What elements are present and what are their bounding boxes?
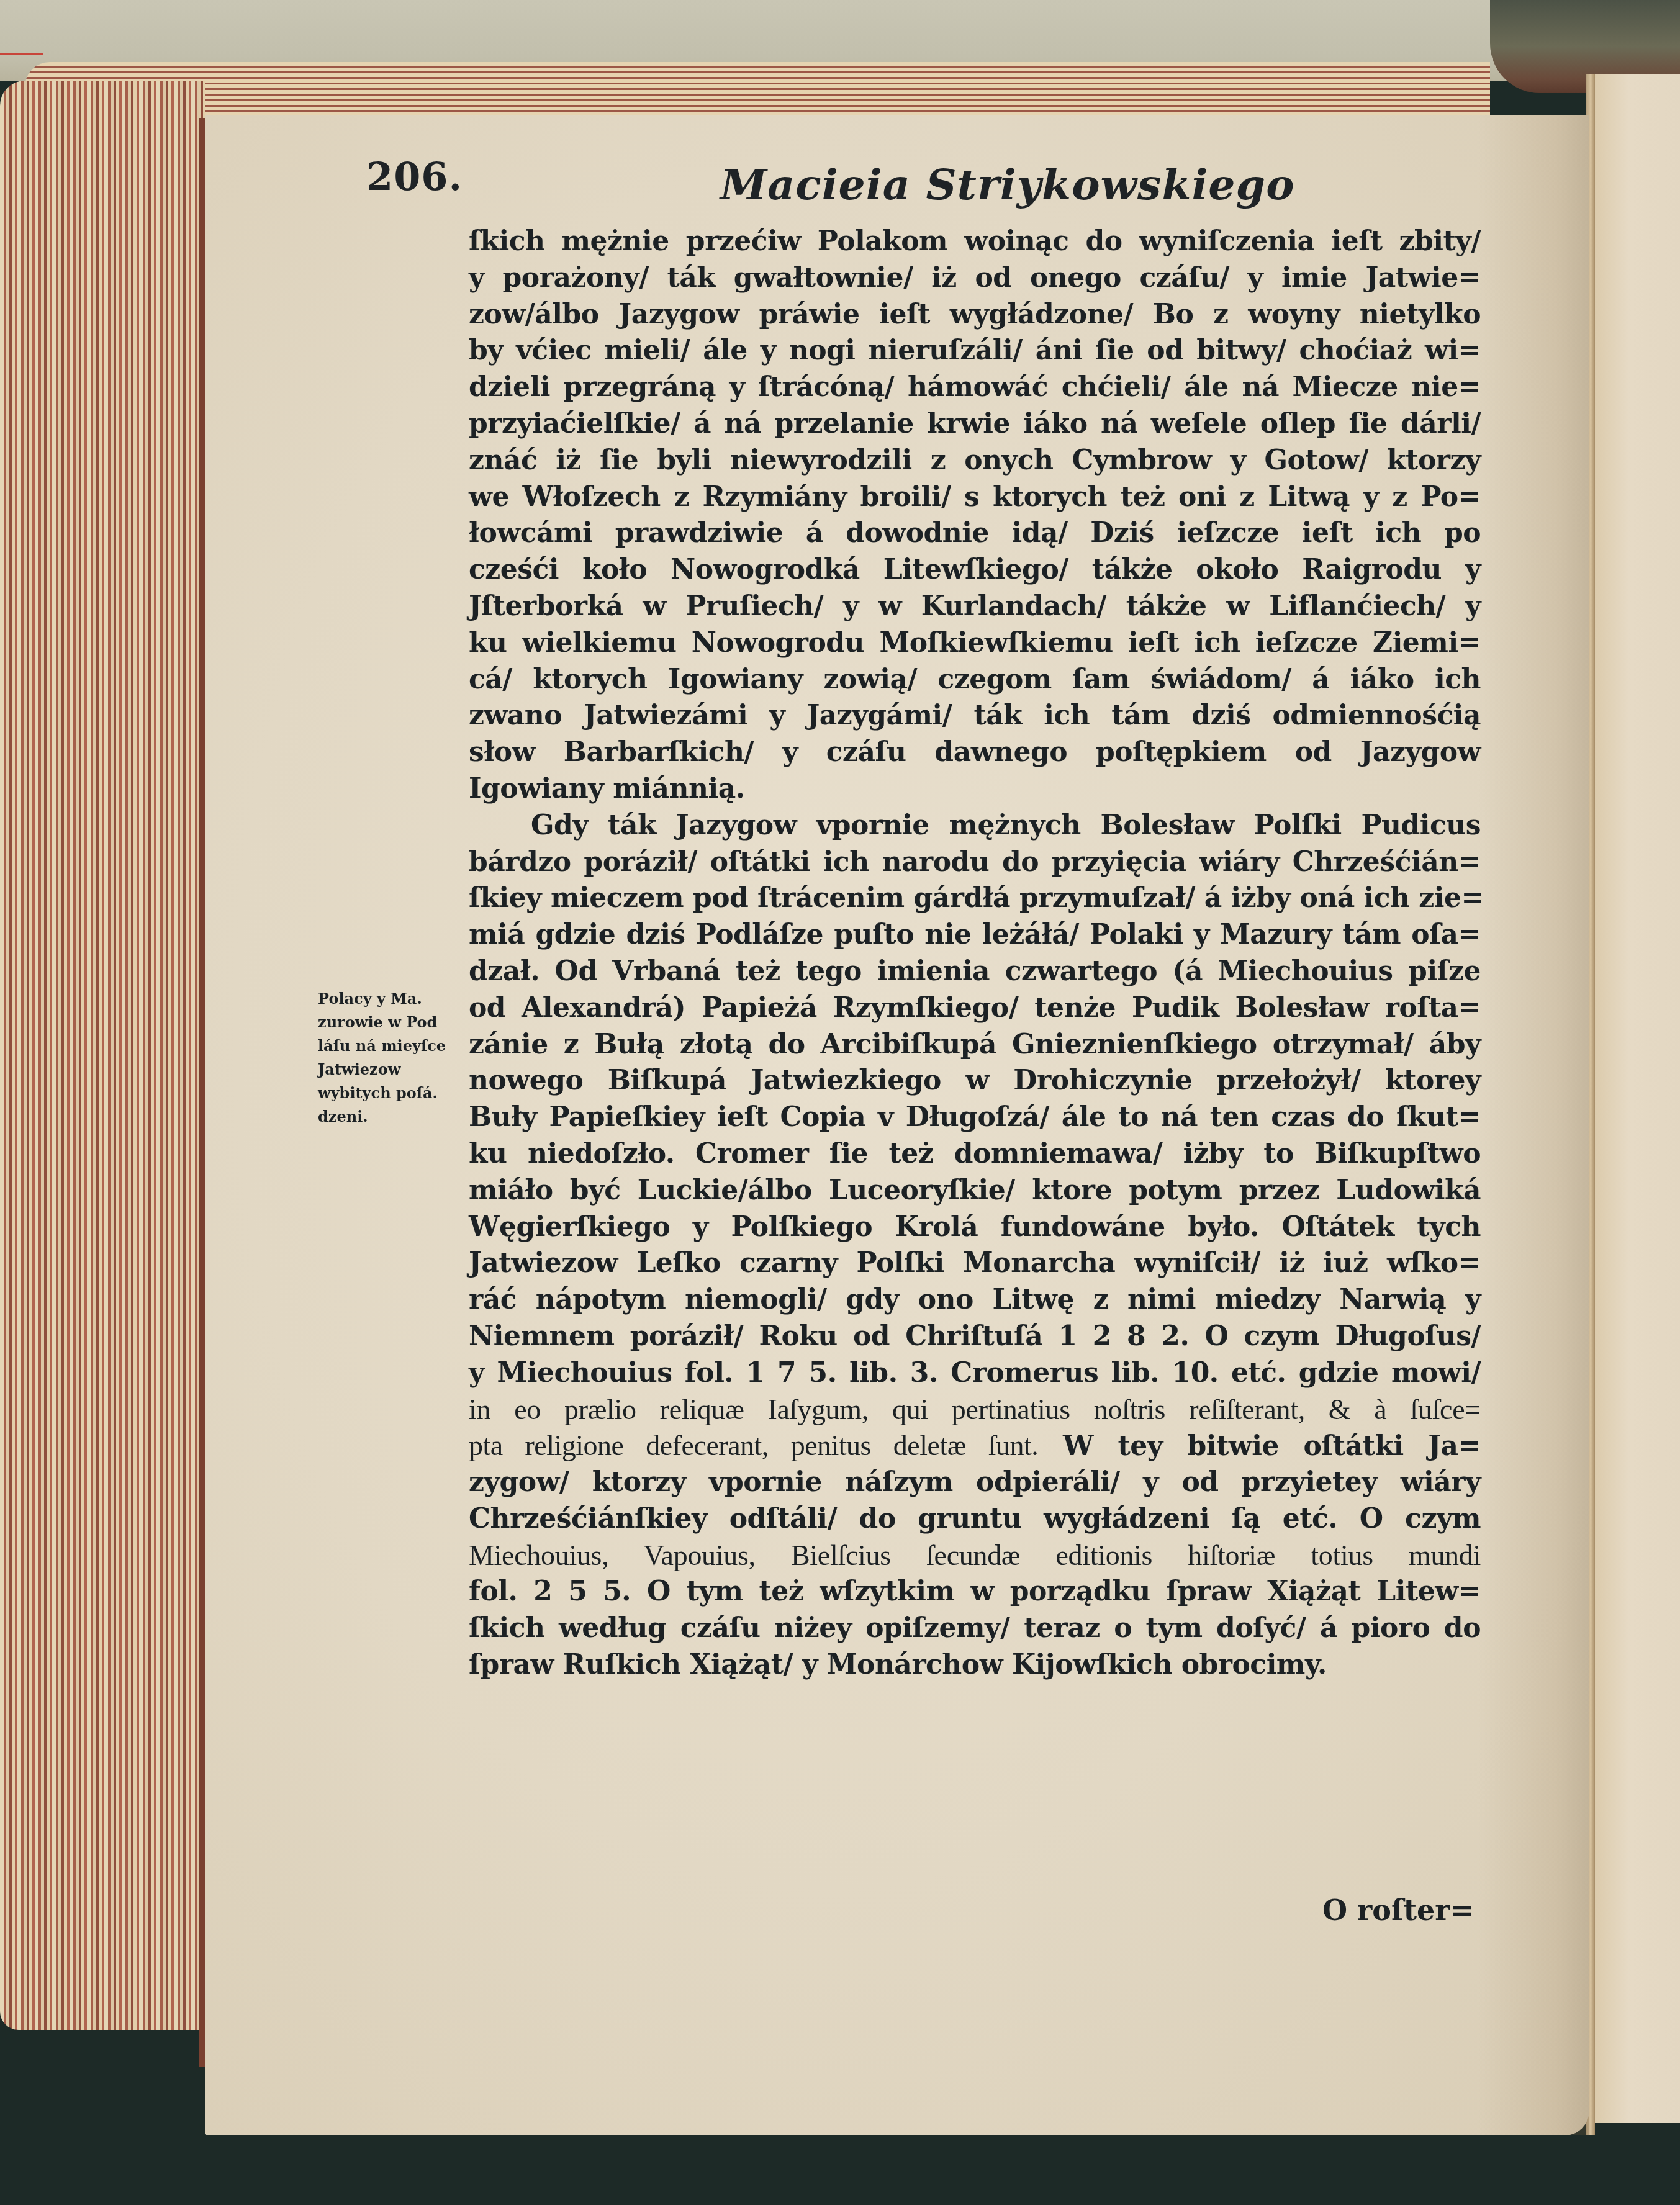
text-line: cześći koło Nowogrodká Litewſkiego/ tákż… (469, 552, 1481, 588)
text-line: Węgierſkiego y Polſkiego Krolá fundowáne… (469, 1209, 1481, 1246)
text-line: by vćiec mieli/ ále y nogi nieruſzáli/ á… (469, 333, 1481, 369)
text-line: nowego Biſkupá Jatwiezkiego w Drohiczyni… (469, 1063, 1481, 1099)
text-line: ráć nápotym niemogli/ gdy ono Litwę z ni… (469, 1282, 1481, 1319)
text-line: Chrześćiánſkiey odſtáli/ do gruntu wygłá… (469, 1501, 1481, 1538)
marginal-note-line: dzeni. (318, 1105, 467, 1129)
text-line: ſkiey mieczem pod ſtrácenim gárdłá przym… (469, 880, 1481, 917)
marginal-note: Polacy y Ma. zurowie w Pod láſu ná mieyſ… (318, 987, 467, 1129)
text-line: dzał. Od Vrbaná też tego imienia czwarte… (469, 954, 1481, 990)
page-edges-top (25, 62, 1490, 118)
text-line: Jſterborká w Pruſiech/ y w Kurlandach/ t… (469, 588, 1481, 625)
red-thread (0, 53, 43, 55)
page-number: 206. (366, 154, 463, 199)
marginal-note-line: láſu ná mieyſce (318, 1034, 467, 1058)
text-line: zwano Jatwiezámi y Jazygámi/ ták ich tám… (469, 698, 1481, 734)
text-line: bárdzo poráził/ oſtátki ich narodu do pr… (469, 844, 1481, 881)
marginal-note-line: zurowie w Pod (318, 1011, 467, 1034)
text-line: ſpraw Ruſkich Xiążąt/ y Monárchow Kijowſ… (469, 1647, 1481, 1684)
text-line: Igowiany miánnią. (469, 771, 1481, 808)
latin-citation-line: Miechouius, Vapouius, Bielſcius ſecundæ … (469, 1538, 1481, 1574)
text-line: zow/álbo Jazygow práwie ieſt wygłádzone/… (469, 297, 1481, 333)
text-line: ku niedoſzło. Cromer ſie też domniemawa/… (469, 1136, 1481, 1173)
text-line: ſkich mężnie przećiw Polakom woinąc do w… (469, 223, 1481, 260)
mixed-text-line: pta religione defecerant, penitus deletæ… (469, 1428, 1481, 1464)
running-head: Macieia Striykowskiego (720, 160, 1295, 210)
latin-quote-line: in eo prælio reliquæ Iaſygum, qui pertin… (469, 1392, 1481, 1428)
catchword: O roſter= (1322, 1893, 1474, 1927)
text-line: y Miechouius fol. 1 7 5. lib. 3. Cromeru… (469, 1355, 1481, 1392)
text-line: y porażony/ ták gwałtownie/ iż od onego … (469, 260, 1481, 297)
text-line: fol. 2 5 5. O tym też wſzytkim w porządk… (469, 1574, 1481, 1610)
latin-quote-end: pta religione defecerant, penitus deletæ… (469, 1430, 1038, 1461)
text-line: we Włoſzech z Rzymiány broili/ s ktorych… (469, 479, 1481, 516)
text-line: łowcámi prawdziwie á dowodnie idą/ Dziś … (469, 515, 1481, 552)
text-line: cá/ ktorych Igowiany zowią/ czegom ſam ś… (469, 662, 1481, 698)
text-line: ku wielkiemu Nowogrodu Moſkiewſkiemu ieſ… (469, 625, 1481, 662)
marginal-note-line: Jatwiezow (318, 1058, 467, 1081)
text-line: zánie z Bułą złotą do Arcibiſkupá Gniezn… (469, 1027, 1481, 1063)
text-line: przyiaćielſkie/ á ná przelanie krwie iák… (469, 406, 1481, 443)
text-line: znáć iż ſie byli niewyrodzili z onych Cy… (469, 443, 1481, 479)
text-line: dzieli przegráną y ſtrácóną/ hámowáć chć… (469, 369, 1481, 406)
text-line: od Alexandrá) Papieżá Rzymſkiego/ tenże … (469, 990, 1481, 1027)
paragraph-start-line: Gdy ták Jazygow vpornie mężnych Bolesław… (469, 808, 1481, 844)
text-line: Niemnem poráził/ Roku od Chriſtuſá 1 2 8… (469, 1319, 1481, 1355)
text-line: miáło być Luckie/álbo Luceoryſkie/ ktore… (469, 1173, 1481, 1209)
facing-page-edge (1595, 74, 1680, 2123)
text-line: miá gdzie dziś Podláſze puſto nie leżáłá… (469, 917, 1481, 954)
body-text: ſkich mężnie przećiw Polakom woinąc do w… (469, 223, 1481, 1684)
text-line: ſkich według czáſu niżey opiſzemy/ teraz… (469, 1610, 1481, 1647)
marginal-note-line: Polacy y Ma. (318, 987, 467, 1011)
text-line: Jatwiezow Leſko czarny Polſki Monarcha w… (469, 1245, 1481, 1282)
text-line: słow Barbarſkich/ y czáſu dawnego poſtęp… (469, 734, 1481, 771)
page-edges-stack (0, 81, 205, 2030)
marginal-note-line: wybitych poſá. (318, 1081, 467, 1105)
text-continuation: W tey bitwie oſtátki Ja= (1063, 1430, 1481, 1462)
text-line: Buły Papieſkiey ieſt Copia v Długoſzá/ á… (469, 1099, 1481, 1136)
text-line: zygow/ ktorzy vpornie náſzym odpieráli/ … (469, 1464, 1481, 1501)
